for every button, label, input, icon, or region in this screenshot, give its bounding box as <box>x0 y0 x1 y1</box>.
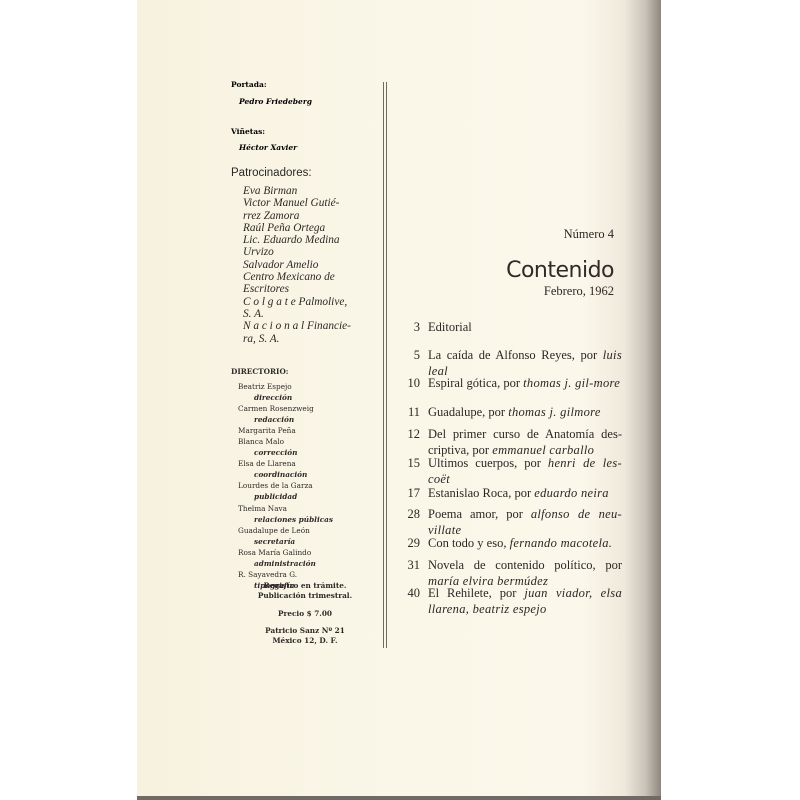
staff-role: coordinación <box>238 469 333 480</box>
toc-author: thomas j. gil-more <box>523 376 620 390</box>
sponsor-line: Centro Mexicano de <box>243 271 378 283</box>
toc-page-number: 3 <box>400 320 420 335</box>
sponsor-line: N a c i o n a l Financie- <box>243 320 378 332</box>
staff-name: Guadalupe de León <box>238 525 333 536</box>
staff-name: Carmen Rosenzweig <box>238 403 333 414</box>
sponsor-line: Escritores <box>243 283 378 295</box>
staff-name: Lourdes de la Garza <box>238 480 333 491</box>
toc-page-number: 12 <box>400 427 420 442</box>
toc-title: Ultimos cuerpos, por henri de les-coët <box>428 456 622 487</box>
toc-title-text: Guadalupe, por <box>428 405 505 419</box>
staff-role: corrección <box>238 447 333 458</box>
address-line-2: México 12, D. F. <box>230 636 380 646</box>
sponsor-line: Salvador Amelio <box>243 259 378 271</box>
toc-title-text: Novela de contenido político, por <box>428 558 622 572</box>
registro-line: Registro en trámite. <box>230 581 380 591</box>
toc-author: eduardo neira <box>534 486 609 500</box>
vinetas-name: Héctor Xavier <box>239 143 297 152</box>
patrocinadores-list: Eva BirmanVictor Manuel Gutié-rrez Zamor… <box>243 185 378 345</box>
toc-title-text: Con todo y eso, <box>428 536 506 550</box>
toc-title: Estanislao Roca, por eduardo neira <box>428 486 622 502</box>
staff-name: Blanca Malo <box>238 436 333 447</box>
staff-name: Beatriz Espejo <box>238 381 333 392</box>
toc-author: emmanuel carballo <box>492 443 594 457</box>
toc-title-text: Editorial <box>428 320 472 334</box>
toc-title: Del primer curso de Anatomía des­criptiv… <box>428 427 622 458</box>
address: Patricio Sanz Nº 21 México 12, D. F. <box>230 626 380 646</box>
staff-name: Margarita Peña <box>238 425 333 436</box>
portada-label: Portada: <box>231 80 267 89</box>
toc-title: Novela de contenido político, por maría … <box>428 558 622 589</box>
precio-text: Precio $ 7.00 <box>230 609 380 619</box>
page-title: Contenido <box>506 258 614 283</box>
address-line-1: Patricio Sanz Nº 21 <box>230 626 380 636</box>
publicacion-line: Publicación trimestral. <box>230 591 380 601</box>
staff-role: secretaría <box>238 536 333 547</box>
toc-title: El Rehilete, por juan viador, elsa llare… <box>428 586 622 617</box>
toc-page-number: 5 <box>400 348 420 363</box>
issue-number: Número 4 <box>564 227 614 242</box>
sponsor-line: S. A. <box>243 308 378 320</box>
vertical-double-rule <box>383 82 387 648</box>
toc-author: thomas j. gilmore <box>508 405 600 419</box>
toc-title: La caída de Alfonso Reyes, por luis leal <box>428 348 622 379</box>
toc-page-number: 17 <box>400 486 420 501</box>
toc-title-text: Poema amor, por <box>428 507 523 521</box>
toc-title-text: Estanislao Roca, por <box>428 486 531 500</box>
toc-title-text: Ultimos cuerpos, por <box>428 456 541 470</box>
directorio-label: DIRECTORIO: <box>231 367 289 376</box>
sponsor-line: Urvizo <box>243 246 378 258</box>
sponsor-line: rrez Zamora <box>243 210 378 222</box>
staff-name: Thelma Nava <box>238 503 333 514</box>
sponsor-line: Raúl Peña Ortega <box>243 222 378 234</box>
toc-title: Guadalupe, por thomas j. gilmore <box>428 405 622 421</box>
patrocinadores-label: Patrocinadores: <box>231 167 312 179</box>
sponsor-line: Lic. Eduardo Medina <box>243 234 378 246</box>
page-bottom-edge <box>137 796 661 800</box>
staff-role: relaciones públicas <box>238 514 333 525</box>
sponsor-line: Eva Birman <box>243 185 378 197</box>
toc-title-text: La caída de Alfonso Reyes, por <box>428 348 597 362</box>
staff-name: Elsa de Llarena <box>238 458 333 469</box>
toc-page-number: 10 <box>400 376 420 391</box>
toc-page-number: 31 <box>400 558 420 573</box>
staff-name: Rosa María Galindo <box>238 547 333 558</box>
toc-title-text: Espiral gótica, por <box>428 376 520 390</box>
sponsor-line: Victor Manuel Gutié- <box>243 197 378 209</box>
toc-title-text: El Rehilete, por <box>428 586 516 600</box>
staff-role: dirección <box>238 392 333 403</box>
toc-title: Editorial <box>428 320 622 336</box>
directorio-list: Beatriz EspejodirecciónCarmen Rosenzweig… <box>238 381 333 591</box>
toc-title: Con todo y eso, fernando macotela. <box>428 536 622 552</box>
toc-title: Poema amor, por alfonso de neu-villate <box>428 507 622 538</box>
issue-date: Febrero, 1962 <box>544 284 614 299</box>
staff-role: administración <box>238 558 333 569</box>
staff-name: R. Sayavedra G. <box>238 569 333 580</box>
toc-page-number: 11 <box>400 405 420 420</box>
staff-role: redacción <box>238 414 333 425</box>
staff-role: publicidad <box>238 491 333 502</box>
book-page <box>137 0 661 796</box>
toc-page-number: 29 <box>400 536 420 551</box>
toc-author: fernando macotela. <box>510 536 613 550</box>
registro-text: Registro en trámite. Publicación trimest… <box>230 581 380 601</box>
toc-title: Espiral gótica, por thomas j. gil-more <box>428 376 622 392</box>
toc-page-number: 28 <box>400 507 420 522</box>
portada-name: Pedro Friedeberg <box>239 97 312 106</box>
toc-page-number: 15 <box>400 456 420 471</box>
sponsor-line: ra, S. A. <box>243 333 378 345</box>
sponsor-line: C o l g a t e Palmolive, <box>243 296 378 308</box>
toc-page-number: 40 <box>400 586 420 601</box>
vinetas-label: Viñetas: <box>231 127 265 136</box>
